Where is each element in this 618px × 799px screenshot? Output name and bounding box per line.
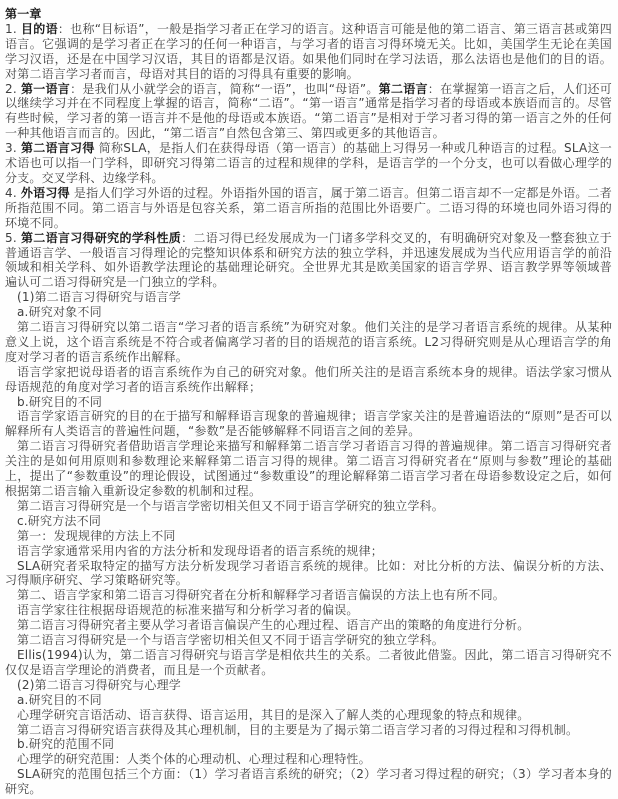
document-page: 第一章 1. 目的语：也称“目标语”，一般是指学习者正在学习的语言。这种语言可能… — [0, 0, 618, 799]
paragraph: b.研究的范围不同 — [5, 737, 612, 752]
paragraph: 3. 第二语言习得 简称SLA，是指人们在获得母语（第一语言）的基础上习得另一种… — [5, 141, 612, 186]
term-bold-text: 第一语言 — [21, 82, 70, 96]
body-text: ：也称“目标语”，一般是指学习者正在学习的语言。这种语言可能是他的第二语言、第三… — [5, 22, 612, 81]
body-text: 第二语言习得研究语言获得及其心理机制，目的主要是为了揭示第二语言学习者的习得过程… — [17, 723, 578, 737]
paragraph: (1)第二语言习得研究与语言学 — [5, 290, 612, 305]
term-bold-text: 外语习得 — [21, 186, 70, 200]
body-text: 第二语言习得研究是一个与语言学密切相关但又不同于语言学研究的独立学科。 — [17, 499, 444, 513]
body-text: 第二、语言学家和第二语言习得研究者在分析和解释学习者语言偏误的方法上也有所不同。 — [17, 588, 505, 602]
paragraph: 语言学家把说母语者的语言系统作为自己的研究对象。他们所关注的是语言系统本身的规律… — [5, 365, 612, 395]
paragraph: a.研究对象不同 — [5, 305, 612, 320]
body-text: ：是我们从小就学会的语言，简称“一语”，也叫“母语”。 — [70, 82, 379, 96]
paragraph: 2. 第一语言：是我们从小就学会的语言，简称“一语”，也叫“母语”。第二语言：在… — [5, 82, 612, 142]
paragraph: 1. 目的语：也称“目标语”，一般是指学习者正在学习的语言。这种语言可能是他的第… — [5, 22, 612, 82]
body-text: b.研究的范围不同 — [17, 737, 114, 751]
body-text: Ellis(1994)认为，第二语言习得研究与语言学是相依共生的关系。二者彼此借… — [5, 648, 612, 677]
body-text: 心理学的研究范围：人类个体的心理动机、心理过程和心理特性。 — [17, 752, 371, 766]
term-bold-text: 第二语言习得 — [21, 141, 95, 155]
body-text: 语言学家把说母语者的语言系统作为自己的研究对象。他们所关注的是语言系统本身的规律… — [5, 365, 612, 394]
paragraph: (2)第二语言习得研究与心理学 — [5, 678, 612, 693]
body-text: 语言学家往往根据母语规范的标准来描写和分析学习者的偏误。 — [17, 603, 359, 617]
paragraph: 语言学家语言研究的目的在于描写和解释语言现象的普遍规律；语言学家关注的是普遍语法… — [5, 409, 612, 439]
body-text: 是指人们学习外语的过程。外语指外国的语言，属于第二语言。但第二语言却不一定都是外… — [5, 186, 612, 230]
paragraph: 4. 外语习得 是指人们学习外语的过程。外语指外国的语言，属于第二语言。但第二语… — [5, 186, 612, 231]
chapter-title: 第一章 — [5, 7, 612, 22]
body-text: 第二语言习得研究者借助语言学理论来描写和解释第二语言学习者语言习得的普遍规律。第… — [5, 439, 612, 498]
body-text: 5. — [5, 231, 21, 245]
body-text: 心理学研究言语活动、语言获得、语言运用，其目的是深入了解人类的心理现象的特点和规… — [17, 708, 529, 722]
document-body: 1. 目的语：也称“目标语”，一般是指学习者正在学习的语言。这种语言可能是他的第… — [5, 22, 612, 797]
paragraph: 语言学家通常采用内省的方法分析和发现母语者的语言系统的规律； — [5, 544, 612, 559]
paragraph: 第一：发现规律的方法上不同 — [5, 529, 612, 544]
paragraph: SLA研究者采取特定的描写方法分析发现学习者语言系统的规律。比如：对比分析的方法… — [5, 559, 612, 589]
paragraph: 第二语言习得研究语言获得及其心理机制，目的主要是为了揭示第二语言学习者的习得过程… — [5, 723, 612, 738]
body-text: 4. — [5, 186, 21, 200]
body-text: 第二语言习得研究是一个与语言学密切相关但又不同于语言学研究的独立学科。 — [17, 633, 444, 647]
paragraph: 第二、语言学家和第二语言习得研究者在分析和解释学习者语言偏误的方法上也有所不同。 — [5, 588, 612, 603]
body-text: 2. — [5, 82, 21, 96]
paragraph: SLA研究的范围包括三个方面：（1）学习者语言系统的研究；（2）学习者习得过程的… — [5, 767, 612, 797]
body-text: (1)第二语言习得研究与语言学 — [17, 290, 181, 304]
body-text: 简称SLA，是指人们在获得母语（第一语言）的基础上习得另一种或几种语言的过程。S… — [5, 141, 612, 185]
body-text: 3. — [5, 141, 21, 155]
body-text: 语言学家通常采用内省的方法分析和发现母语者的语言系统的规律； — [17, 544, 383, 558]
term-bold-text: 第二语言习得研究的学科性质 — [21, 231, 181, 245]
paragraph: 心理学研究言语活动、语言获得、语言运用，其目的是深入了解人类的心理现象的特点和规… — [5, 708, 612, 723]
paragraph: 第二语言习得研究者借助语言学理论来描写和解释第二语言学习者语言习得的普遍规律。第… — [5, 439, 612, 499]
paragraph: 第二语言习得研究以第二语言“学习者的语言系统”为研究对象。他们关注的是学习者语言… — [5, 320, 612, 365]
term-bold-text: 第二语言 — [379, 82, 428, 96]
body-text: c.研究方法不同 — [17, 514, 101, 528]
body-text: 第二语言习得研究以第二语言“学习者的语言系统”为研究对象。他们关注的是学习者语言… — [5, 320, 612, 364]
body-text: a.研究目的不同 — [17, 693, 102, 707]
body-text: 语言学家语言研究的目的在于描写和解释语言现象的普遍规律；语言学家关注的是普遍语法… — [5, 409, 612, 438]
paragraph: 心理学的研究范围：人类个体的心理动机、心理过程和心理特性。 — [5, 752, 612, 767]
body-text: 第二语言习得研究者主要从学习者语言偏误产生的心理过程、语言产出的策略的角度进行分… — [17, 618, 529, 632]
paragraph: a.研究目的不同 — [5, 693, 612, 708]
paragraph: 5. 第二语言习得研究的学科性质：二语习得已经发展成为一门诸多学科交叉的，有明确… — [5, 231, 612, 291]
term-bold-text: 目的语 — [21, 22, 58, 36]
body-text: 第一：发现规律的方法上不同 — [17, 529, 176, 543]
body-text: SLA研究者采取特定的描写方法分析发现学习者语言系统的规律。比如：对比分析的方法… — [5, 559, 612, 588]
paragraph: 第二语言习得研究是一个与语言学密切相关但又不同于语言学研究的独立学科。 — [5, 499, 612, 514]
paragraph: 第二语言习得研究是一个与语言学密切相关但又不同于语言学研究的独立学科。 — [5, 633, 612, 648]
paragraph: 第二语言习得研究者主要从学习者语言偏误产生的心理过程、语言产出的策略的角度进行分… — [5, 618, 612, 633]
body-text: 1. — [5, 22, 21, 36]
body-text: a.研究对象不同 — [17, 305, 102, 319]
paragraph: c.研究方法不同 — [5, 514, 612, 529]
body-text: (2)第二语言习得研究与心理学 — [17, 678, 181, 692]
body-text: b.研究目的不同 — [17, 395, 102, 409]
paragraph: 语言学家往往根据母语规范的标准来描写和分析学习者的偏误。 — [5, 603, 612, 618]
paragraph: b.研究目的不同 — [5, 395, 612, 410]
paragraph: Ellis(1994)认为，第二语言习得研究与语言学是相依共生的关系。二者彼此借… — [5, 648, 612, 678]
body-text: SLA研究的范围包括三个方面：（1）学习者语言系统的研究；（2）学习者习得过程的… — [5, 767, 612, 796]
